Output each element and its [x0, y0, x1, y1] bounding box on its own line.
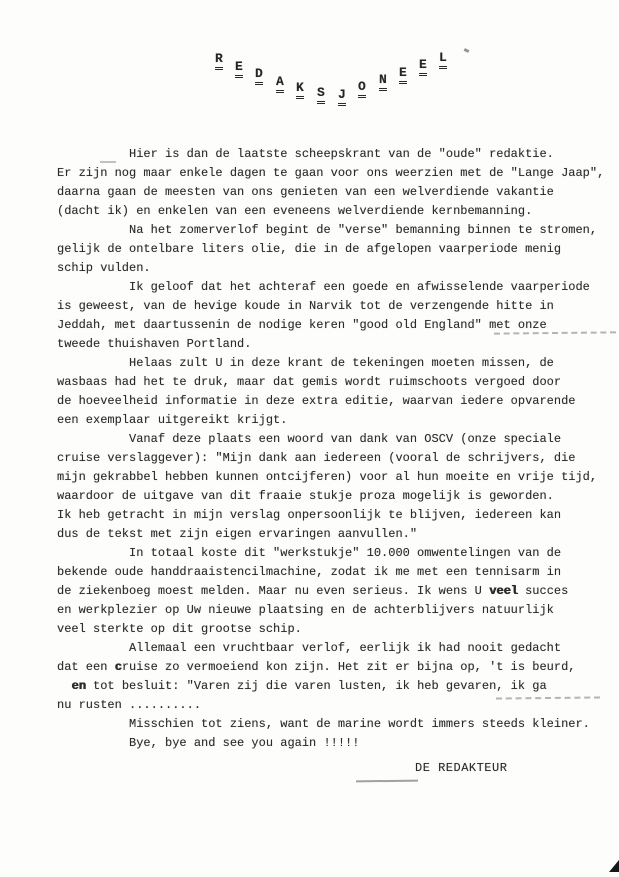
title-letter: N: [379, 73, 387, 91]
text-line: Helaas zult U in deze krant de tekeninge…: [57, 354, 617, 373]
title-letter: D: [255, 67, 263, 85]
text-line: In totaal koste dit "werkstukje" 10.000 …: [57, 544, 617, 563]
text-line: Na het zomerverlof begint de "verse" bem…: [57, 221, 617, 240]
title-letter: J: [338, 88, 346, 106]
text-line: Misschien tot ziens, want de marine word…: [57, 715, 617, 734]
text-line: gelijk de ontelbare liters olie, die in …: [57, 240, 617, 259]
title-letter: L: [439, 51, 447, 69]
title-letter: A: [276, 75, 284, 93]
text-line: tweede thuishaven Portland.: [57, 335, 617, 354]
scan-corner-mark: [609, 860, 619, 872]
text-line: Er zijn nog maar enkele dagen te gaan vo…: [57, 164, 617, 183]
title-letter: K: [296, 81, 304, 99]
scan-speck: [100, 161, 116, 163]
text-line: een exemplaar uitgereikt krijgt.: [57, 411, 617, 430]
signature: DE REDAKTEUR: [415, 761, 507, 775]
title-letter: E: [419, 58, 427, 76]
text-line: de hoeveelheid informatie in deze extra …: [57, 392, 617, 411]
text-line: dus de tekst met zijn eigen ervaringen a…: [57, 525, 617, 544]
text-line: waardoor de uitgave van dit fraaie stukj…: [57, 487, 617, 506]
text-line: bekende oude handdraaistencilmachine, zo…: [57, 563, 617, 582]
text-line: veel sterkte op dit grootse schip.: [57, 620, 617, 639]
text-line: wasbaas had het te druk, maar dat gemis …: [57, 373, 617, 392]
text-line: de ziekenboeg moest melden. Maar nu even…: [57, 582, 617, 601]
title-letter: O: [358, 80, 366, 98]
text-line: Ik geloof dat het achteraf een goede en …: [57, 278, 617, 297]
scan-smudge: [356, 780, 418, 783]
text-line: Hier is dan de laatste scheepskrant van …: [57, 145, 617, 164]
title-letter: E: [399, 66, 407, 84]
text-line: dat een cruise zo vermoeiend kon zijn. H…: [57, 658, 617, 677]
text-line: en tot besluit: "Varen zij die varen lus…: [57, 677, 617, 696]
page-title: REDAKSJONEEL: [0, 0, 619, 130]
title-letter: E: [235, 60, 243, 78]
text-line: Ik heb getracht in mijn verslag onpersoo…: [57, 506, 617, 525]
scanned-document-page: REDAKSJONEEL Hier is dan de laatste sche…: [0, 0, 619, 877]
body-text: Hier is dan de laatste scheepskrant van …: [57, 145, 617, 753]
text-line: en werkplezier op Uw nieuwe plaatsing en…: [57, 601, 617, 620]
title-letter: R: [215, 52, 223, 70]
text-line: (dacht ik) en enkelen van een eveneens w…: [57, 202, 617, 221]
text-line: cruise verslaggever): "Mijn dank aan ied…: [57, 449, 617, 468]
text-line: Bye, bye and see you again !!!!!: [57, 734, 617, 753]
text-line: schip vulden.: [57, 259, 617, 278]
text-line: is geweest, van de hevige koude in Narvi…: [57, 297, 617, 316]
title-letter: S: [317, 86, 325, 104]
text-line: mijn gekrabbel hebben kunnen ontcijferen…: [57, 468, 617, 487]
text-line: Allemaal een vruchtbaar verlof, eerlijk …: [57, 639, 617, 658]
text-line: daarna gaan de meesten van ons genieten …: [57, 183, 617, 202]
text-line: Vanaf deze plaats een woord van dank van…: [57, 430, 617, 449]
